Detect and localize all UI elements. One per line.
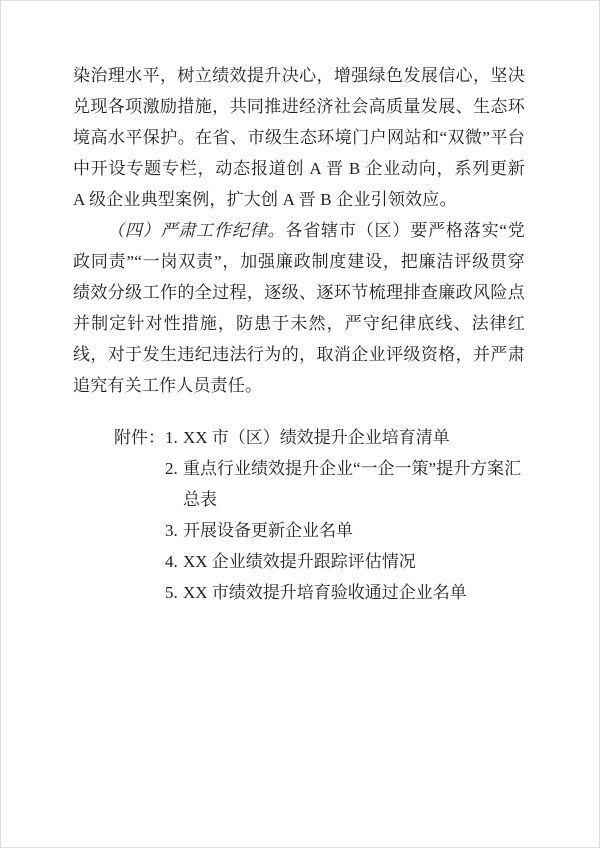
paragraph-2-text: 各省辖市（区）要严格落实“党政同责”“一岗双责”，加强廉政制度建设，把廉洁评级贯… <box>73 221 525 395</box>
paragraph-2-heading: （四）严肃工作纪律。 <box>107 221 285 240</box>
body-paragraph-1: 染治理水平，树立绩效提升决心，增强绿色发展信心，坚决兑现各项激励措施，共同推进经… <box>73 60 525 215</box>
attachment-item-3-text: 开展设备更新企业名单 <box>183 515 525 546</box>
attachment-item-4: 4. XX 企业绩效提升跟踪评估情况 <box>165 546 525 577</box>
attachment-item-2-text: 重点行业绩效提升企业“一企一策”提升方案汇总表 <box>183 453 525 515</box>
attachment-item-1-number: 1. <box>165 422 183 453</box>
attachment-item-5: 5. XX 市绩效提升培育验收通过企业名单 <box>165 577 525 608</box>
attachment-items: 1. XX 市（区）绩效提升企业培育清单 2. 重点行业绩效提升企业“一企一策”… <box>165 422 525 608</box>
attachment-item-3: 3. 开展设备更新企业名单 <box>165 515 525 546</box>
attachment-label: 附件： <box>114 422 165 608</box>
attachment-list: 附件： 1. XX 市（区）绩效提升企业培育清单 2. 重点行业绩效提升企业“一… <box>114 422 525 608</box>
attachment-item-1: 1. XX 市（区）绩效提升企业培育清单 <box>165 422 525 453</box>
attachment-item-5-text: XX 市绩效提升培育验收通过企业名单 <box>183 577 525 608</box>
attachment-item-3-number: 3. <box>165 515 183 546</box>
attachment-item-2: 2. 重点行业绩效提升企业“一企一策”提升方案汇总表 <box>165 453 525 515</box>
document-page: 染治理水平，树立绩效提升决心，增强绿色发展信心，坚决兑现各项激励措施，共同推进经… <box>0 0 600 848</box>
attachment-item-1-text: XX 市（区）绩效提升企业培育清单 <box>183 422 525 453</box>
body-paragraph-2: （四）严肃工作纪律。各省辖市（区）要严格落实“党政同责”“一岗双责”，加强廉政制… <box>73 215 525 401</box>
document-content: 染治理水平，树立绩效提升决心，增强绿色发展信心，坚决兑现各项激励措施，共同推进经… <box>1 1 599 608</box>
attachment-item-4-number: 4. <box>165 546 183 577</box>
attachment-item-4-text: XX 企业绩效提升跟踪评估情况 <box>183 546 525 577</box>
paragraph-1-text: 染治理水平，树立绩效提升决心，增强绿色发展信心，坚决兑现各项激励措施，共同推进经… <box>73 66 525 209</box>
attachment-item-5-number: 5. <box>165 577 183 608</box>
attachment-item-2-number: 2. <box>165 453 183 515</box>
